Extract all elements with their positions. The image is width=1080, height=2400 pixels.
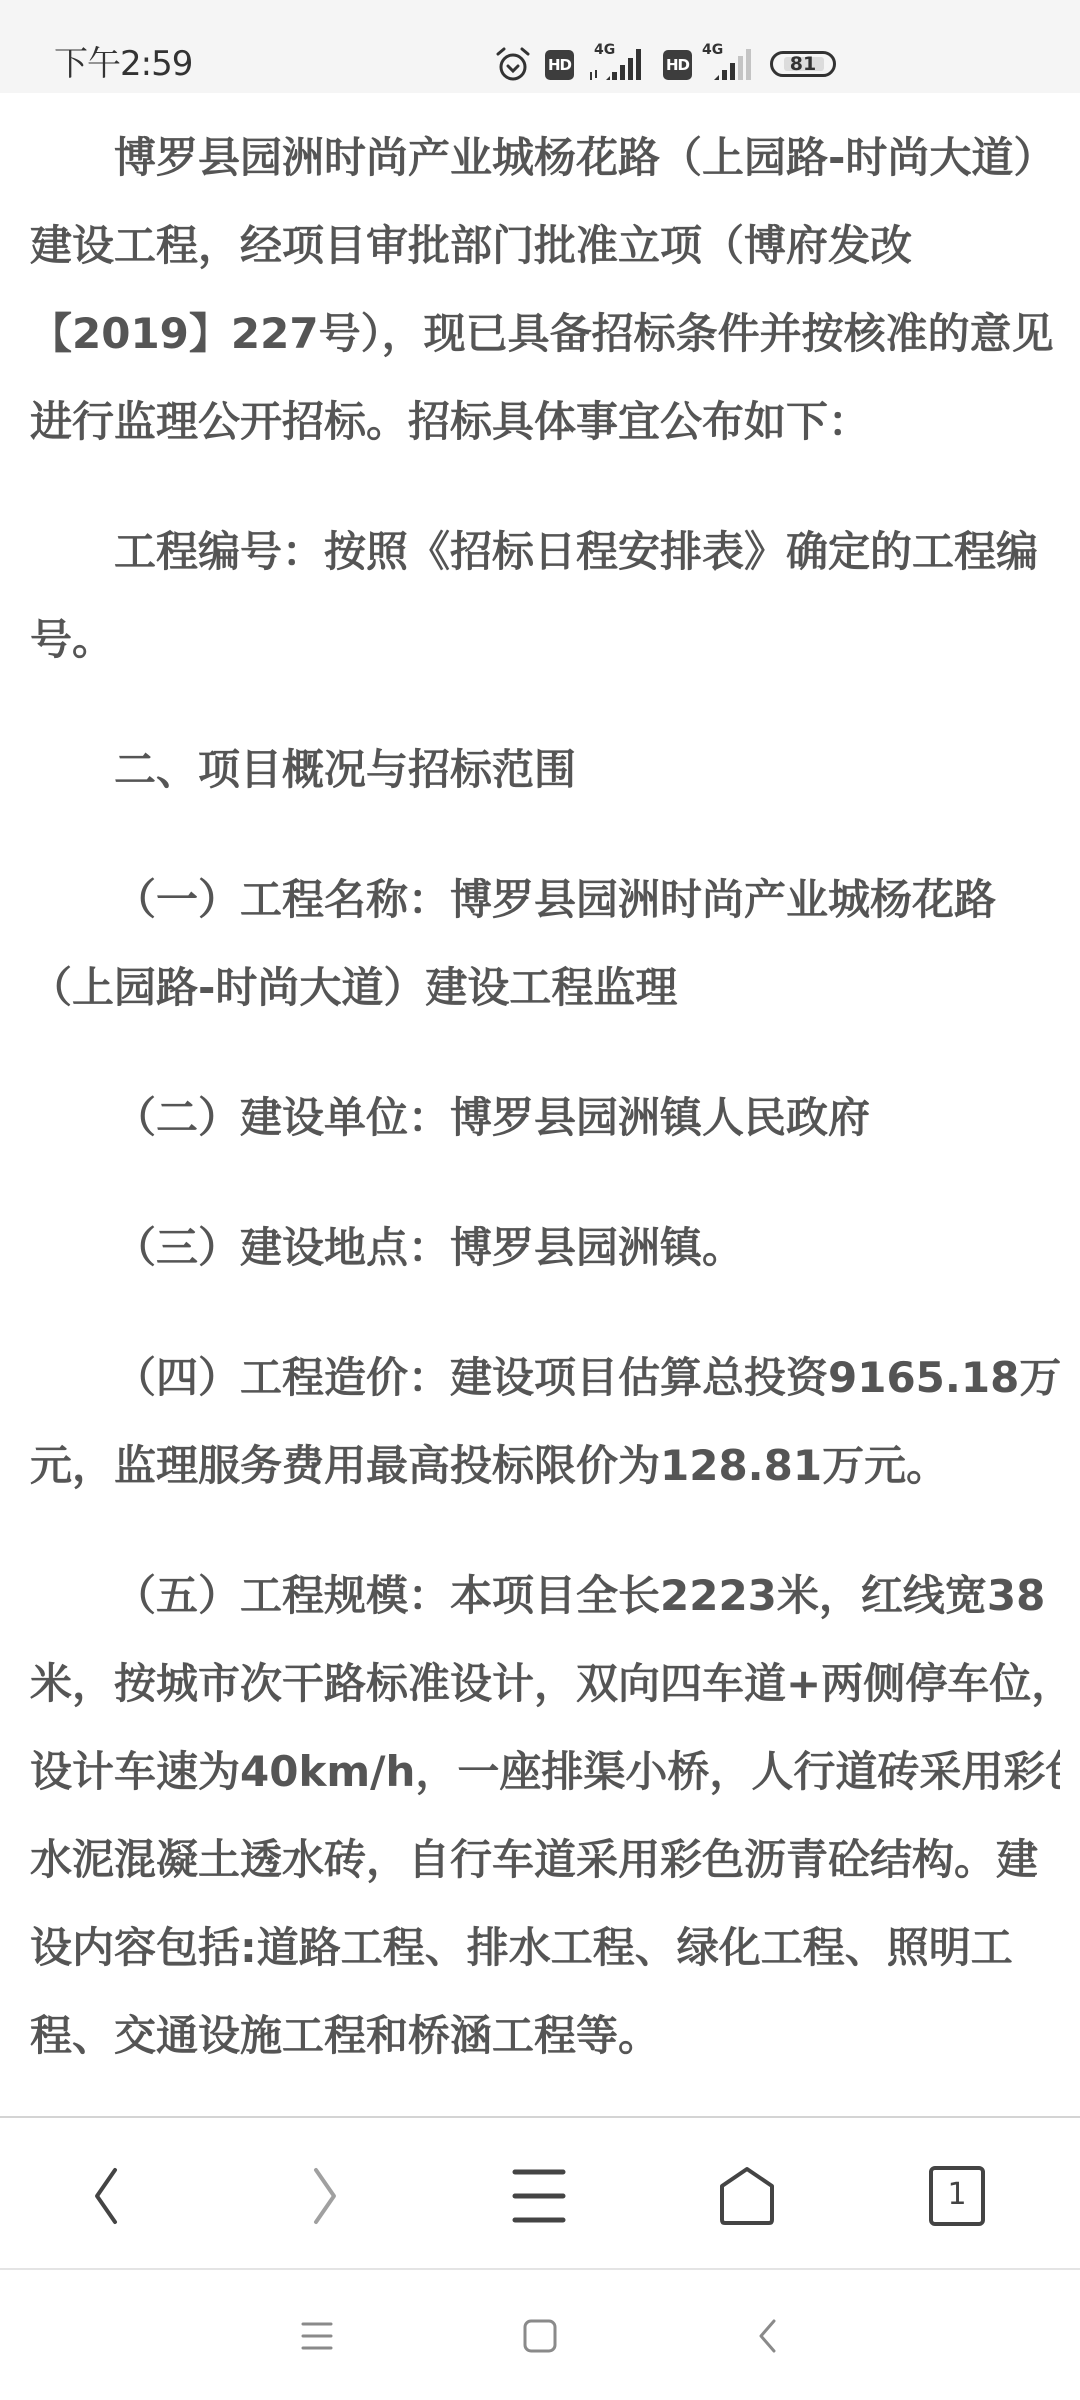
article-paragraph: 博罗县园洲时尚产业城杨花路（上园路-时尚大道）建设工程，经项目审批部门批准立项（… [30, 114, 1060, 466]
chevron-right-icon [305, 2166, 345, 2226]
alarm-icon [494, 46, 532, 88]
signal-4g-sim2-icon: 4G [702, 44, 758, 84]
article-content: 博罗县园洲时尚产业城杨花路（上园路-时尚大道）建设工程，经项目审批部门批准立项（… [30, 93, 1060, 2116]
paragraph-line: 号。 [30, 596, 1060, 684]
article-paragraph: （一）工程名称：博罗县园洲时尚产业城杨花路（上园路-时尚大道）建设工程监理 [30, 856, 1060, 1032]
paragraph-line: （二）建设单位：博罗县园洲镇人民政府 [30, 1074, 1060, 1162]
hd-voice-icon: HD [545, 50, 574, 80]
paragraph-line: （四）工程造价：建设项目估算总投资9165.18万 [30, 1334, 1060, 1422]
paragraph-line: （五）工程规模：本项目全长2223米，红线宽38 [30, 1552, 1060, 1640]
hamburger-menu-icon [512, 2166, 566, 2226]
tab-count: 1 [917, 2175, 997, 2215]
recents-menu-icon [301, 2321, 333, 2351]
back-triangle-icon [755, 2318, 779, 2354]
home-icon [718, 2166, 776, 2226]
menu-button[interactable] [499, 2158, 579, 2234]
browser-toolbar: 1 [0, 2116, 1080, 2270]
system-back-button[interactable] [737, 2308, 797, 2364]
paragraph-line: 米，按城市次干路标准设计，双向四车道+两侧停车位， [30, 1640, 1060, 1728]
browser-screen: 下午2:59 HD 4G [0, 0, 1080, 2400]
article-paragraph: 工程编号：按照《招标日程安排表》确定的工程编号。 [30, 508, 1060, 684]
paragraph-line: 工程编号：按照《招标日程安排表》确定的工程编 [30, 508, 1060, 596]
article-paragraph: （二）建设单位：博罗县园洲镇人民政府 [30, 1074, 1060, 1162]
paragraph-line: 水泥混凝土透水砖，自行车道采用彩色沥青砼结构。建 [30, 1816, 1060, 1904]
chevron-left-icon [86, 2166, 126, 2226]
paragraph-line: 设内容包括:道路工程、排水工程、绿化工程、照明工 [30, 1904, 1060, 1992]
system-recents-button[interactable] [287, 2308, 347, 2364]
system-home-button[interactable] [510, 2308, 570, 2364]
paragraph-line: 博罗县园洲时尚产业城杨花路（上园路-时尚大道） [30, 114, 1060, 202]
signal-4g-sim1-icon: 4G [588, 44, 648, 84]
article-paragraph: （四）工程造价：建设项目估算总投资9165.18万元，监理服务费用最高投标限价为… [30, 1334, 1060, 1510]
paragraph-line: 二、项目概况与招标范围 [30, 726, 1060, 814]
paragraph-line: （一）工程名称：博罗县园洲时尚产业城杨花路 [30, 856, 1060, 944]
paragraph-line: （三）建设地点：博罗县园洲镇。 [30, 1204, 1060, 1292]
hd-voice-icon: HD [663, 50, 692, 80]
paragraph-line: 设计车速为40km/h，一座排渠小桥，人行道砖采用彩色 [30, 1728, 1060, 1816]
paragraph-line: 进行监理公开招标。招标具体事宜公布如下： [30, 378, 1060, 466]
status-time: 下午2:59 [54, 44, 192, 84]
paragraph-line: 建设工程，经项目审批部门批准立项（博府发改 [30, 202, 1060, 290]
forward-button[interactable] [285, 2158, 365, 2234]
battery-icon: 81 [770, 51, 836, 77]
status-bar: 下午2:59 HD 4G [0, 0, 1080, 93]
home-button[interactable] [707, 2158, 787, 2234]
battery-level-text: 81 [773, 54, 833, 74]
paragraph-line: 【2019】227号），现已具备招标条件并按核准的意见 [30, 290, 1060, 378]
paragraph-line: 程、交通设施工程和桥涵工程等。 [30, 1992, 1060, 2080]
article-paragraph: （三）建设地点：博罗县园洲镇。 [30, 1204, 1060, 1292]
article-paragraph: （五）工程规模：本项目全长2223米，红线宽38米，按城市次干路标准设计，双向四… [30, 1552, 1060, 2080]
home-square-icon [522, 2318, 558, 2354]
tabs-button[interactable]: 1 [917, 2158, 997, 2234]
article-paragraph: 二、项目概况与招标范围 [30, 726, 1060, 814]
paragraph-line: 元，监理服务费用最高投标限价为128.81万元。 [30, 1422, 1060, 1510]
system-navigation-bar [0, 2272, 1080, 2400]
back-button[interactable] [66, 2158, 146, 2234]
paragraph-line: （上园路-时尚大道）建设工程监理 [30, 944, 1060, 1032]
